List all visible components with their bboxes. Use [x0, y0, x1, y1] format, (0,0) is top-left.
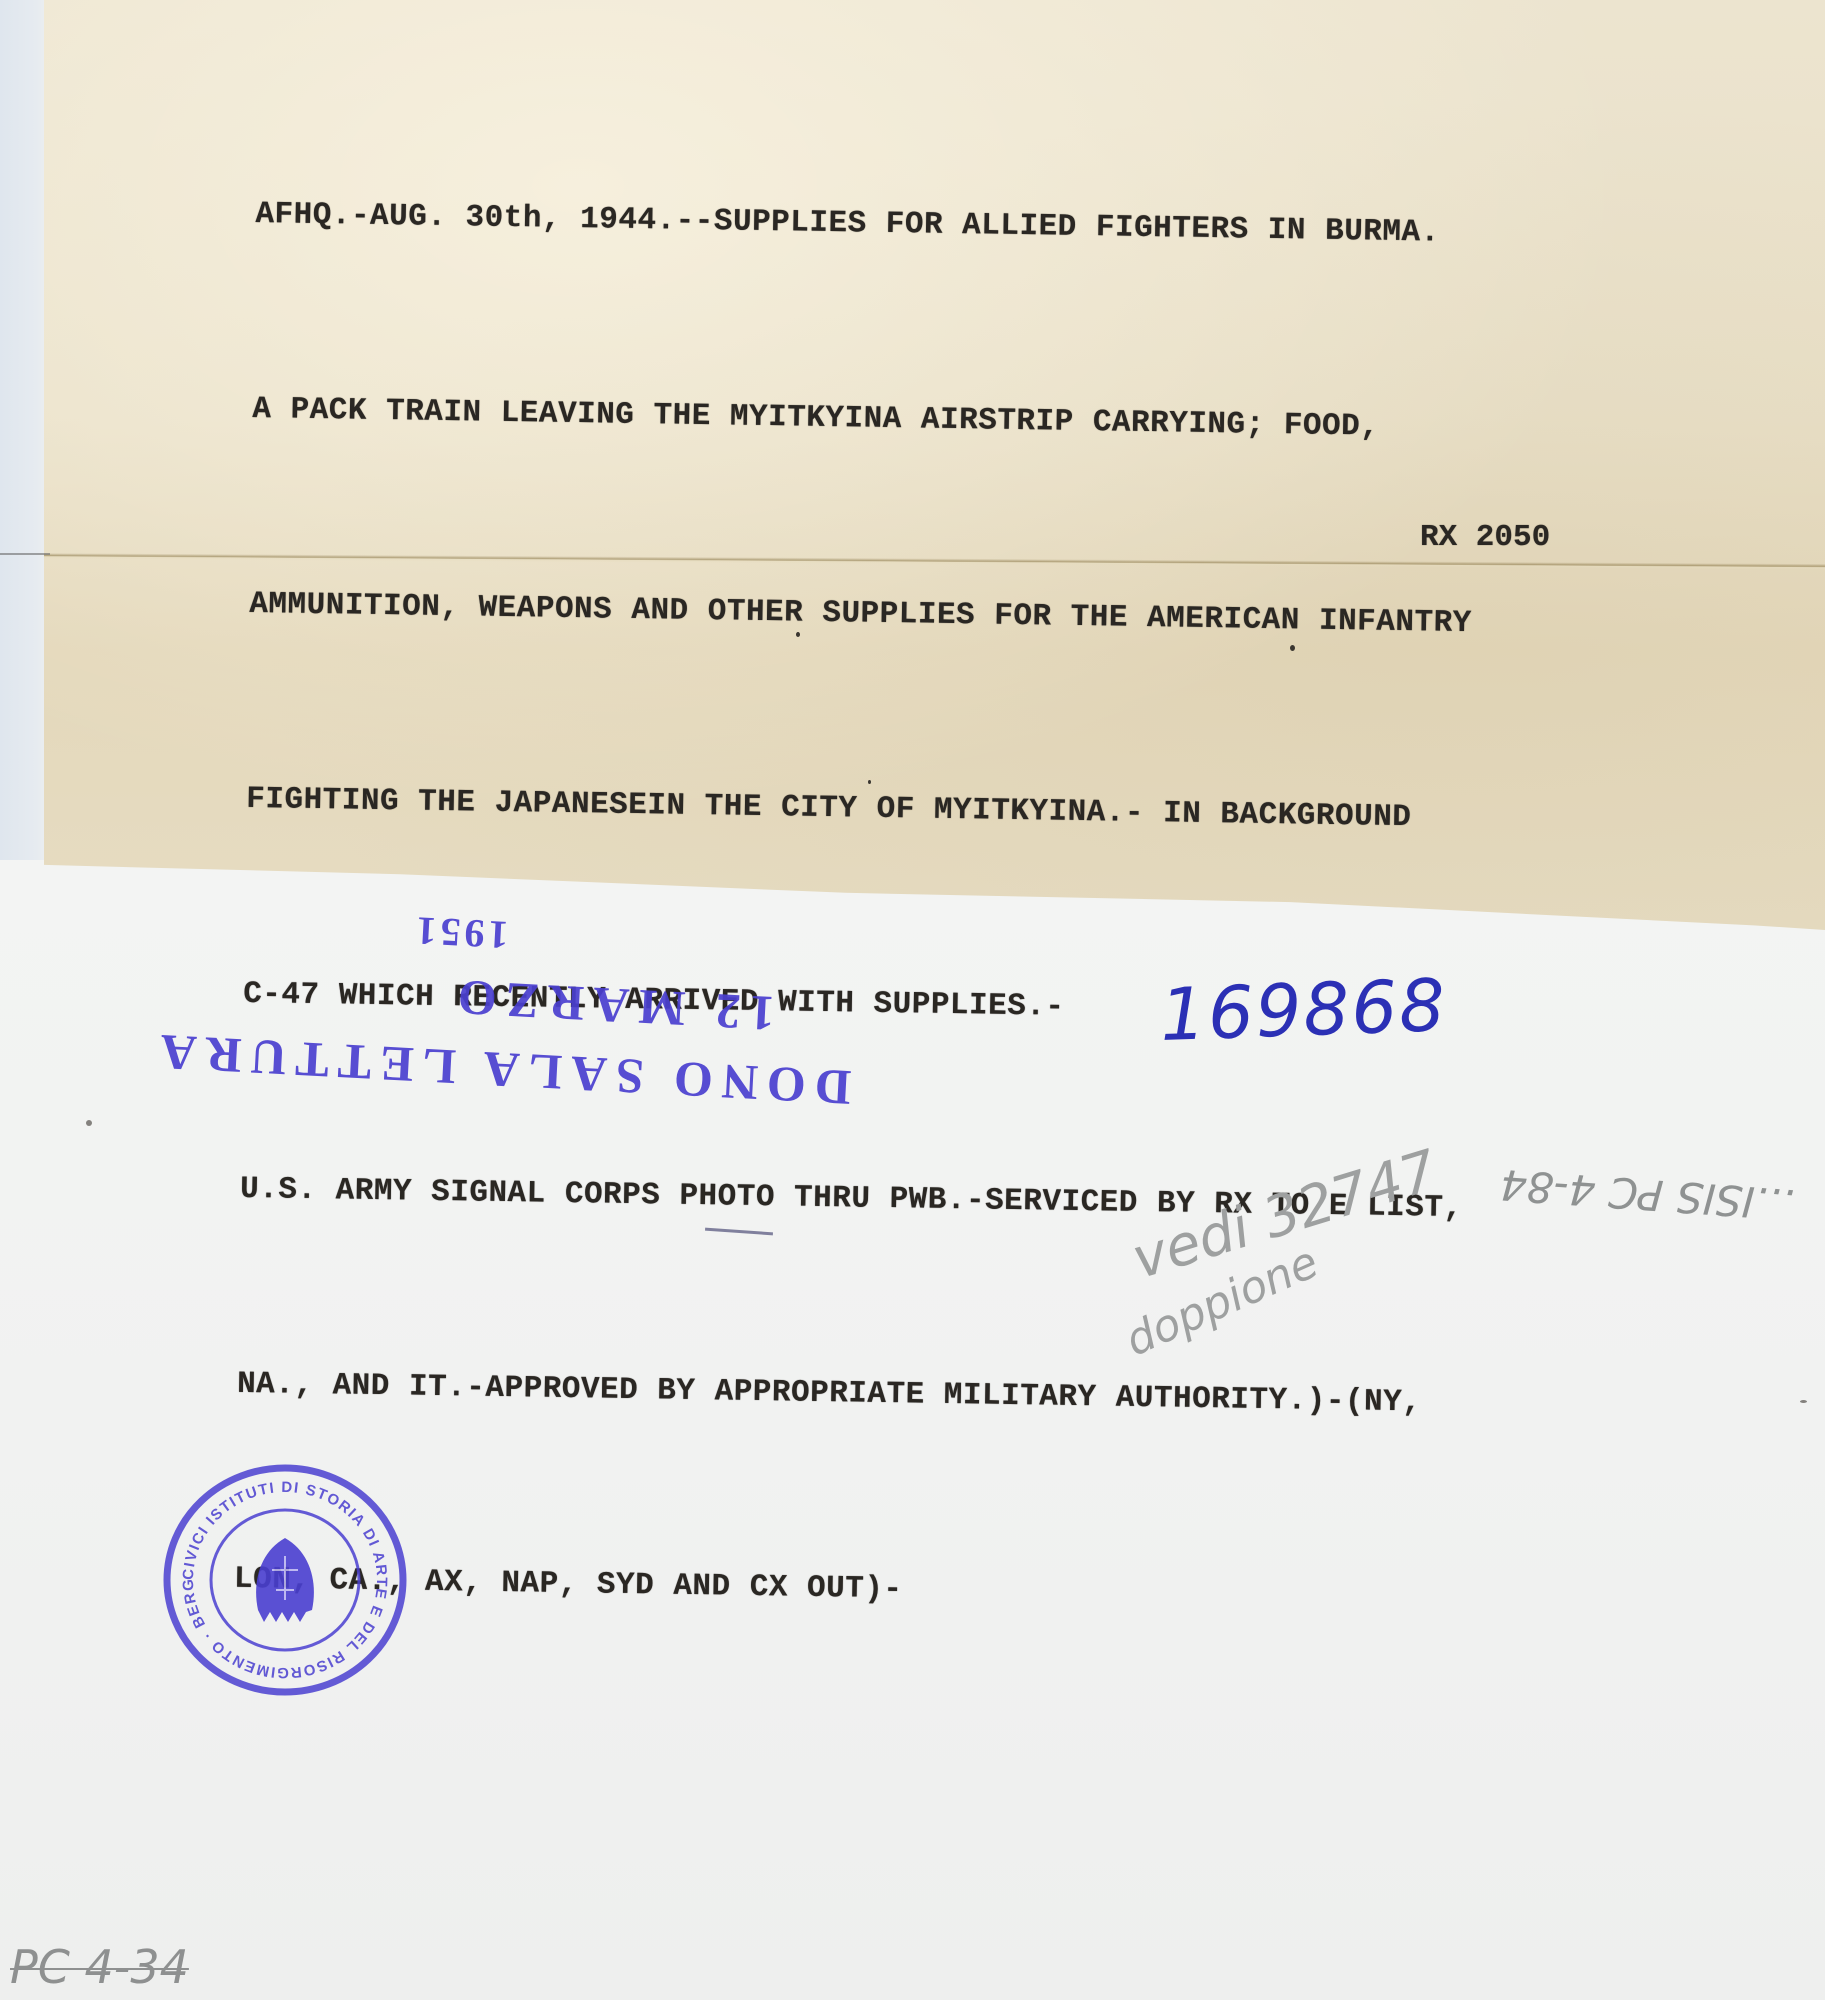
pencil-shelf-mark: PC 4-34	[10, 1940, 189, 1994]
caption-line-6: U.S. ARMY SIGNAL CORPS PHOTO THRU PWB.-S…	[240, 1157, 1701, 1245]
caption-reference-code: RX 2050	[1420, 520, 1550, 555]
caption-line-7: NA., AND IT.-APPROVED BY APPROPRIATE MIL…	[237, 1352, 1698, 1440]
dust-speck	[1290, 645, 1295, 651]
caption-line-8: LON, CA., AX, NAP, SYD AND CX OUT)-	[233, 1547, 1694, 1635]
museum-circular-seal: CIVICI ISTITUTI DI STORIA DI ARTE E DEL …	[160, 1460, 410, 1700]
typewritten-caption: AFHQ.-AUG. 30th, 1944.--SUPPLIES FOR ALL…	[232, 52, 1717, 1700]
caption-line-3: AMMUNITION, WEAPONS AND OTHER SUPPLIES F…	[249, 572, 1710, 660]
seal-icon: CIVICI ISTITUTI DI STORIA DI ARTE E DEL …	[160, 1460, 410, 1700]
stamp-line-date: 12 MARZO	[447, 968, 776, 1043]
dust-speck	[796, 632, 800, 637]
caption-line-4: FIGHTING THE JAPANESEIN THE CITY OF MYIT…	[246, 767, 1707, 855]
dust-speck	[868, 780, 871, 784]
stamp-line-year: 1951	[411, 907, 509, 959]
donation-rubber-stamp: DONO SALA LETTURA 12 MARZO 1951	[190, 883, 860, 1117]
dust-speck	[1800, 1400, 1807, 1403]
caption-line-1: AFHQ.-AUG. 30th, 1944.--SUPPLIES FOR ALL…	[255, 182, 1716, 270]
fold-crease-edge	[0, 553, 50, 555]
dust-speck	[86, 1120, 92, 1126]
shield-emblem-icon	[256, 1538, 314, 1622]
caption-line-2: A PACK TRAIN LEAVING THE MYITKYINA AIRST…	[252, 377, 1713, 465]
handwritten-inventory-number: 169868	[1159, 963, 1449, 1057]
